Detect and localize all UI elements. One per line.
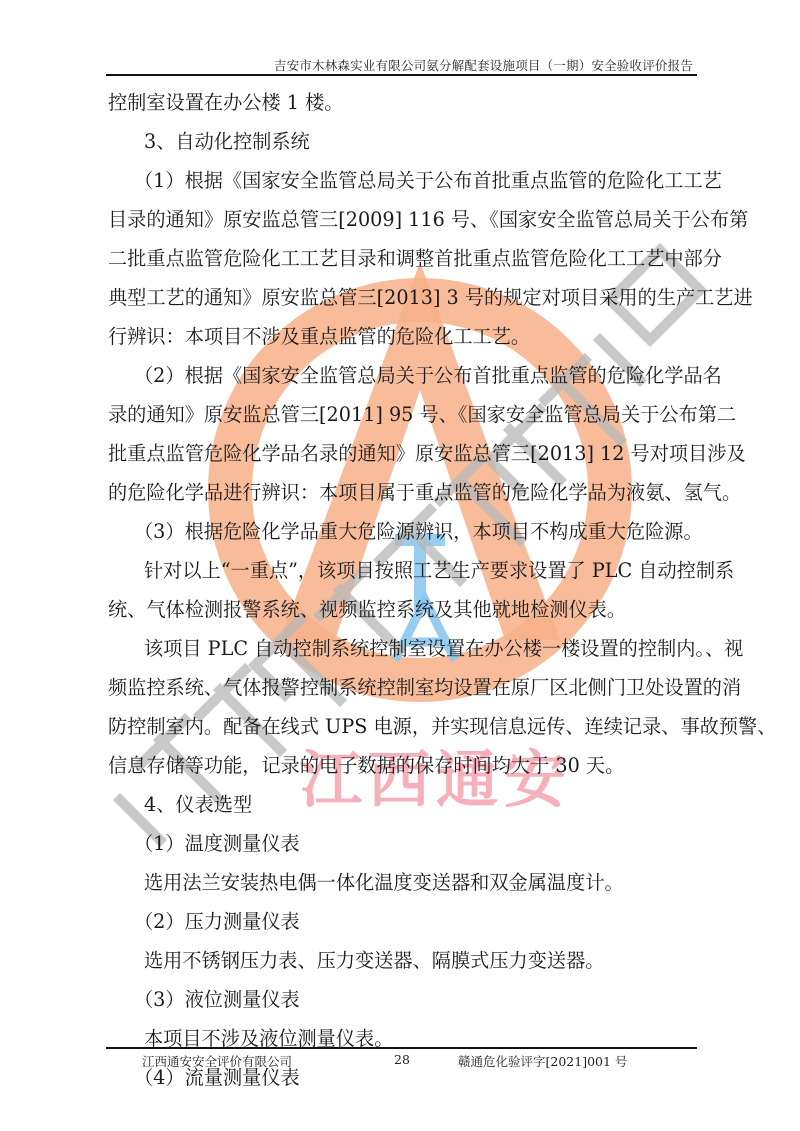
paragraph-line: 批重点监管危险化学品名录的通知》原安监总管三[2013] 12 号对项目涉及 [108,442,698,466]
paragraph-line: （1）根据《国家安全监管总局关于公布首批重点监管的危险化工工艺 [134,169,698,193]
footer-divider [106,1047,697,1049]
section-heading: 4、仪表选型 [144,793,252,817]
paragraph-line: 录的通知》原安监总管三[2011] 95 号、《国家安全监管总局关于公布第二 [108,403,698,427]
paragraph-line: 信息存储等功能，记录的电子数据的保存时间均大于 30 天。 [108,754,624,778]
page-header-title: 吉安市木林森实业有限公司氨分解配套设施项目（一期）安全验收评价报告 [108,56,693,74]
paragraph-line: （2）根据《国家安全监管总局关于公布首批重点监管的危险化学品名 [134,364,698,388]
paragraph-line: 的危险化学品进行辨识：本项目属于重点监管的危险化学品为液氨、氢气。 [108,481,698,505]
paragraph-line: 控制室设置在办公楼 1 楼。 [108,91,343,115]
paragraph-line: 选用法兰安装热电偶一体化温度变送器和双金属温度计。 [144,871,624,895]
paragraph-line: 针对以上“一重点”，该项目按照工艺生产要求设置了 PLC 自动控制系 [144,559,698,583]
paragraph-line: 目录的通知》原安监总管三[2009] 116 号、《国家安全监管总局关于公布第 [108,208,698,232]
header-divider [106,74,697,76]
paragraph-line: 二批重点监管危险化工工艺目录和调整首批重点监管危险化工工艺中部分 [108,247,698,271]
paragraph-line: 频监控系统、气体报警控制系统控制室均设置在原厂区北侧门卫处设置的消 [108,676,698,700]
paragraph-line: （3）根据危险化学品重大危险源辨识，本项目不构成重大危险源。 [134,520,703,544]
paragraph-line: 该项目 PLC 自动控制系统控制室设置在办公楼一楼设置的控制内。、视 [144,637,698,661]
footer-company: 江西通安安全评价有限公司 [142,1052,292,1070]
subsection-heading: （1）温度测量仪表 [134,832,300,856]
paragraph-line: 选用不锈钢压力表、压力变送器、隔膜式压力变送器。 [144,949,605,973]
footer-report-number: 赣通危化验评字[2021]001 号 [458,1052,627,1070]
section-heading: 3、自动化控制系统 [144,130,310,154]
document-page: 江西通安 吉安市木林森实业有限公司氨分解配套设施项目（一期）安全验收评价报告 控… [0,0,800,1131]
paragraph-line: 防控制室内。配备在线式 UPS 电源，并实现信息远传、连续记录、事故预警、 [108,715,698,739]
subsection-heading: （3）液位测量仪表 [134,988,300,1012]
paragraph-line: 典型工艺的通知》原安监总管三[2013] 3 号的规定对项目采用的生产工艺进 [108,286,698,310]
page-number: 28 [394,1052,410,1067]
paragraph-line: 统、气体检测报警系统、视频监控系统及其他就地检测仪表。 [108,598,626,622]
paragraph-line: 行辨识：本项目不涉及重点监管的危险化工工艺。 [108,325,530,349]
subsection-heading: （2）压力测量仪表 [134,910,300,934]
